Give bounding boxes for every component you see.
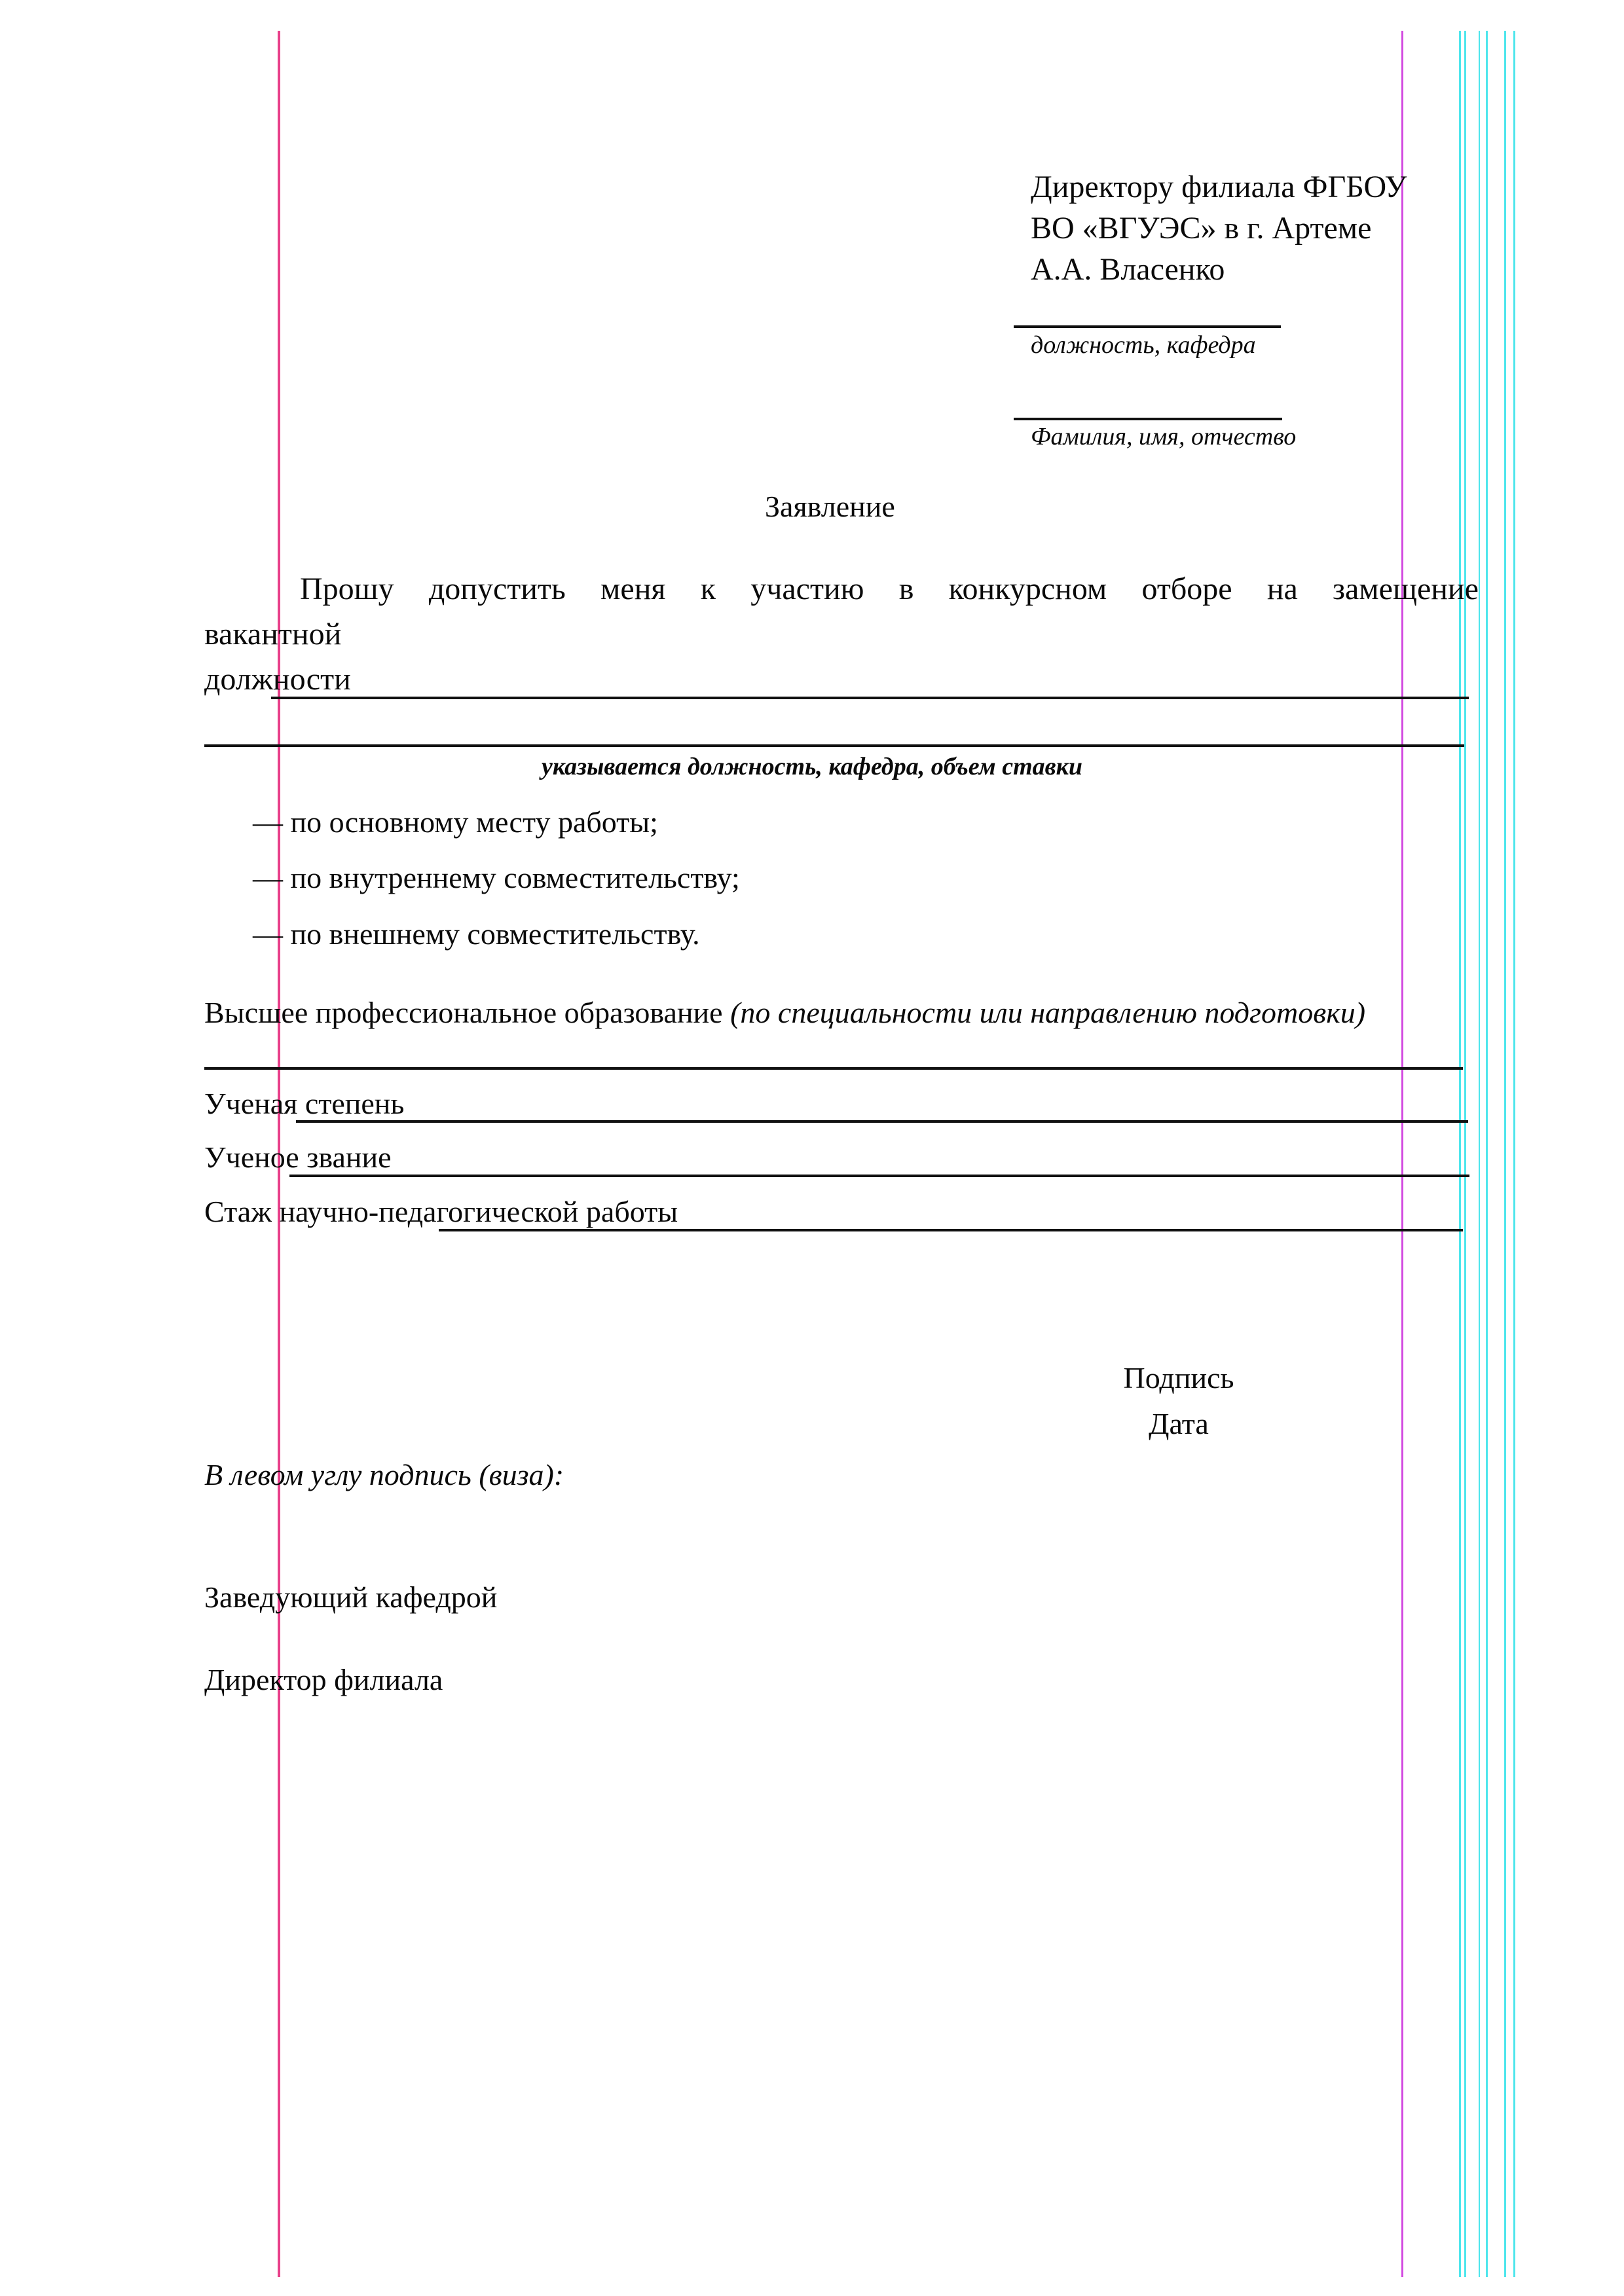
employment-option: — по внешнему совместительству. — [253, 919, 700, 949]
document-title: Заявление — [765, 492, 895, 522]
education-fill-line[interactable] — [204, 1067, 1463, 1070]
visa-heading: В левом углу подпись (виза): — [204, 1460, 564, 1490]
right-margin-line — [1401, 31, 1403, 2277]
addressee-line: ВО «ВГУЭС» в г. Артеме — [1031, 213, 1371, 244]
education-label: Высшее профессиональное образование (по … — [204, 998, 1365, 1028]
scan-line — [1459, 31, 1461, 2277]
position-fill-line[interactable] — [1014, 325, 1281, 328]
scan-line — [1479, 31, 1480, 2277]
rank-label: Ученое звание — [204, 1142, 392, 1173]
visa-head-of-department: Заведующий кафедрой — [204, 1582, 497, 1613]
degree-fill-line[interactable] — [296, 1120, 1468, 1123]
scan-line — [1464, 31, 1466, 2277]
scan-line — [1513, 31, 1515, 2277]
scan-line — [1504, 31, 1506, 2277]
degree-label: Ученая степень — [204, 1089, 404, 1119]
employment-option: — по внутреннему совместительству; — [253, 863, 740, 893]
position-label: должности — [204, 664, 351, 695]
position-hint: должность, кафедра — [1031, 333, 1256, 357]
rank-fill-line[interactable] — [289, 1175, 1469, 1177]
date-label: Дата — [1113, 1409, 1244, 1439]
request-line-2: вакантной — [204, 619, 341, 650]
experience-label: Стаж научно-педагогической работы — [204, 1197, 678, 1227]
position-hint: указывается должность, кафедра, объем ст… — [288, 754, 1336, 779]
addressee-line: Директору филиала ФГБОУ — [1031, 172, 1407, 203]
signature-label: Подпись — [1113, 1363, 1244, 1393]
position-fill-line[interactable] — [271, 697, 1469, 699]
education-hint: (по специальности или направлению подгот… — [730, 996, 1365, 1029]
request-line-1: Прошу допустить меня к участию в конкурс… — [300, 574, 1479, 605]
addressee-line: А.А. Власенко — [1031, 254, 1225, 285]
experience-fill-line[interactable] — [439, 1229, 1463, 1231]
name-hint: Фамилия, имя, отчество — [1031, 424, 1296, 449]
employment-option: — по основному месту работы; — [253, 807, 658, 837]
visa-branch-director: Директор филиала — [204, 1665, 443, 1695]
position-fill-line-2[interactable] — [204, 744, 1464, 747]
scan-line — [1486, 31, 1488, 2277]
name-fill-line[interactable] — [1014, 418, 1282, 420]
